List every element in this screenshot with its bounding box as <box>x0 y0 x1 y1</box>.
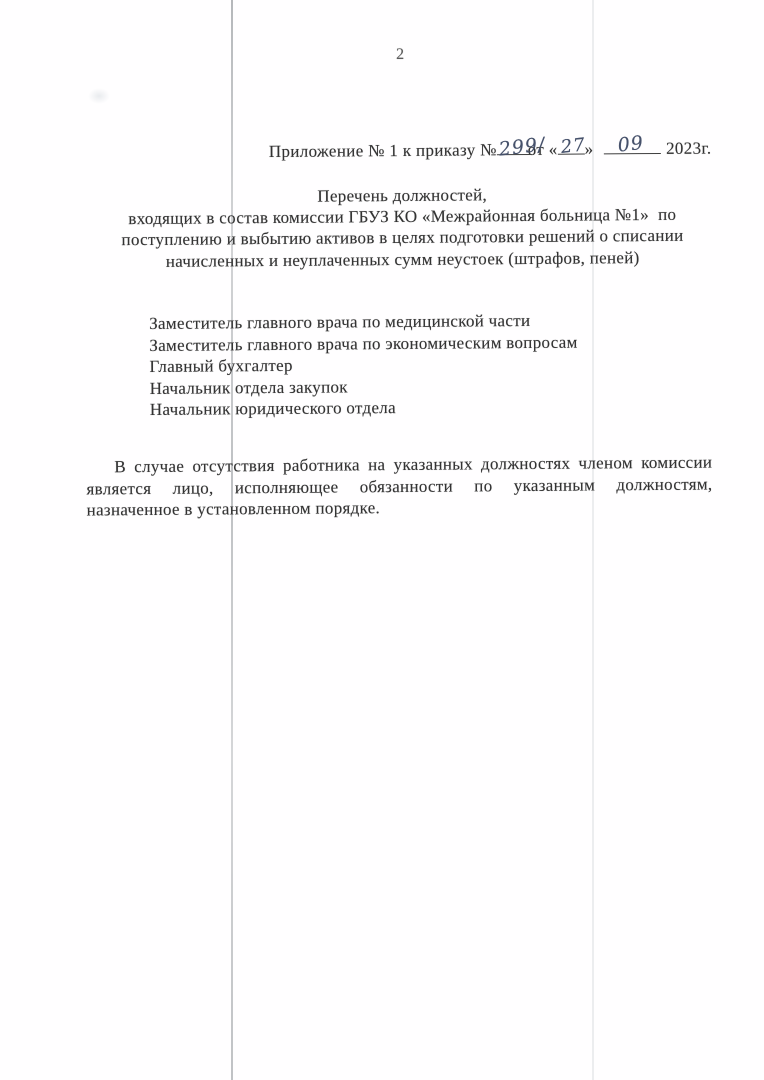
scanned-document-page: 2 Приложение № 1 к приказу №299/от «27» … <box>0 0 764 1080</box>
closing-paragraph: В случае отсутствия работника на указанн… <box>86 452 712 522</box>
page-number: 2 <box>396 46 404 64</box>
position-item: Заместитель главного врача по медицинско… <box>149 310 577 335</box>
appendix-reference-line: Приложение № 1 к приказу №299/от «27» 09… <box>269 138 712 162</box>
day-handwritten: 27 <box>559 134 586 158</box>
order-number-blank: 299/ <box>497 139 532 155</box>
paragraph-line-3: назначенное в установленном порядке. <box>87 495 713 522</box>
month-handwritten: 09 <box>617 132 645 157</box>
document-content: 2 Приложение № 1 к приказу №299/от «27» … <box>0 0 764 1080</box>
appendix-prefix: Приложение № 1 к приказу № <box>269 140 497 161</box>
close-quote: » <box>585 139 599 158</box>
year-label: 2023г. <box>666 139 712 158</box>
position-item: Начальник юридического отдела <box>150 396 578 421</box>
positions-list: Заместитель главного врача по медицинско… <box>149 310 578 421</box>
month-blank: 09 <box>604 138 661 154</box>
position-item: Заместитель главного врача по экономичес… <box>149 331 577 356</box>
title-line-4: начисленных и неуплаченных сумм неустоек… <box>87 246 719 272</box>
day-blank: 27 <box>558 139 585 155</box>
document-title: Перечень должностей, входящих в состав к… <box>86 182 719 272</box>
